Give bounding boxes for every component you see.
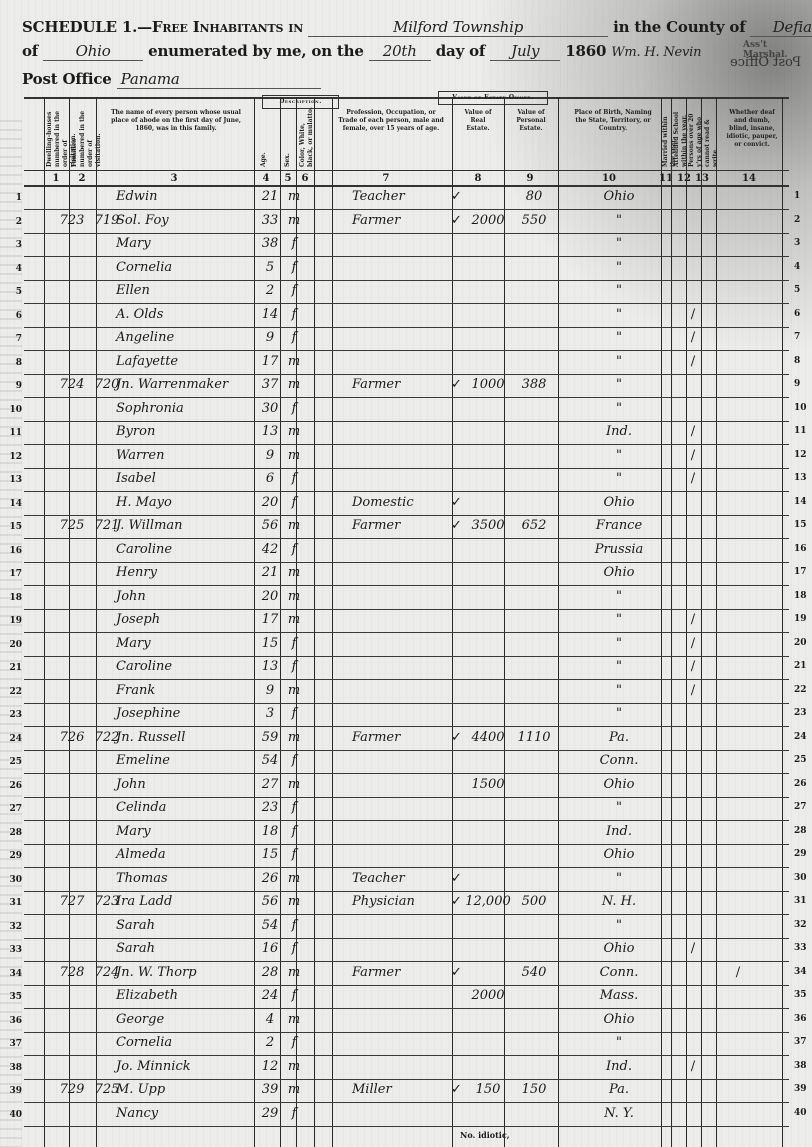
table-row: 5Ellen2f"5: [24, 281, 789, 304]
right-line-number: 9: [794, 379, 800, 389]
birthplace: Ohio: [584, 1012, 654, 1027]
right-line-number: 14: [794, 497, 807, 507]
column-header-1: Dwelling-houses numbered in the order of…: [46, 105, 68, 167]
table-row: 12Warren9m"/12: [24, 446, 789, 469]
age: 12: [258, 1059, 282, 1074]
real-estate-value: 150: [464, 1082, 512, 1097]
line-number: 20: [6, 640, 22, 650]
person-name: Jn. Warrenmaker: [116, 377, 228, 392]
person-name: J. Willman: [116, 518, 183, 533]
sex: f: [286, 260, 302, 275]
table-row: 29Almeda15fOhio29: [24, 845, 789, 868]
column-number-1: 1: [46, 173, 66, 184]
birthplace: Conn.: [584, 965, 654, 980]
check-mark: ✓: [451, 965, 463, 980]
table-row: 28Mary18fInd.28: [24, 822, 789, 845]
schedule-heading: SCHEDULE 1.—Free Inhabitants in Milford …: [22, 18, 812, 37]
table-row: 34728724Jn. W. Thorp28mFarmer✓540Conn./3…: [24, 963, 789, 986]
right-line-number: 31: [794, 896, 807, 906]
line-number: 37: [6, 1039, 22, 1049]
column-number-12: 12: [674, 173, 694, 184]
sex: f: [286, 1106, 302, 1121]
line-number: 11: [6, 428, 22, 438]
check-mark: ✓: [451, 189, 463, 204]
birthplace: Ohio: [584, 565, 654, 580]
right-line-number: 39: [794, 1084, 807, 1094]
birthplace: ": [584, 659, 654, 674]
age: 56: [258, 518, 282, 533]
sex: f: [286, 918, 302, 933]
table-row: 16Caroline42fPrussia16: [24, 540, 789, 563]
age: 17: [258, 612, 282, 627]
state-field: Ohio: [43, 42, 143, 61]
dwelling-number: 727: [52, 894, 92, 909]
attended-school-mark: /: [687, 683, 699, 698]
line-number: 1: [6, 193, 22, 203]
sex: f: [286, 401, 302, 416]
right-line-number: 6: [794, 309, 800, 319]
birthplace: ": [584, 918, 654, 933]
real-estate-value: 1500: [464, 777, 512, 792]
attended-school-mark: /: [687, 330, 699, 345]
birthplace: ": [584, 683, 654, 698]
sex: m: [286, 871, 302, 886]
birthplace: ": [584, 307, 654, 322]
real-estate-value: 1000: [464, 377, 512, 392]
right-line-number: 10: [794, 403, 807, 413]
table-row: 7Angeline9f"/7: [24, 328, 789, 351]
check-mark: ✓: [451, 730, 463, 745]
age: 14: [258, 307, 282, 322]
column-header-10: Place of Birth, Naming the State, Territ…: [568, 109, 658, 133]
person-name: Caroline: [116, 542, 172, 557]
age: 33: [258, 213, 282, 228]
column-header-9: Value of Personal Estate.: [508, 109, 554, 133]
sex: m: [286, 777, 302, 792]
table-row: 17Henry21mOhio17: [24, 563, 789, 586]
person-name: Edwin: [116, 189, 157, 204]
personal-estate-value: 80: [512, 189, 556, 204]
age: 59: [258, 730, 282, 745]
person-name: Nancy: [116, 1106, 158, 1121]
census-page: SCHEDULE 1.—Free Inhabitants in Milford …: [0, 0, 812, 1147]
column-number-3: 3: [164, 173, 184, 184]
line-number: 9: [6, 381, 22, 391]
line-number: 27: [6, 804, 22, 814]
birthplace: ": [584, 1035, 654, 1050]
personal-estate-value: 500: [512, 894, 556, 909]
column-number-10: 10: [599, 173, 619, 184]
sex: f: [286, 1035, 302, 1050]
birthplace: Prussia: [584, 542, 654, 557]
line-number: 18: [6, 593, 22, 603]
check-mark: ✓: [451, 377, 463, 392]
sex: m: [286, 589, 302, 604]
person-name: Joseph: [116, 612, 160, 627]
birthplace: ": [584, 330, 654, 345]
age: 21: [258, 565, 282, 580]
dwelling-number: 729: [52, 1082, 92, 1097]
person-name: A. Olds: [116, 307, 163, 322]
right-line-number: 37: [794, 1037, 807, 1047]
line-number: 17: [6, 569, 22, 579]
person-name: Jo. Minnick: [116, 1059, 191, 1074]
column-header-4: Age.: [260, 105, 276, 167]
right-line-number: 23: [794, 708, 807, 718]
check-mark: ✓: [451, 213, 463, 228]
line-number: 31: [6, 898, 22, 908]
person-name: Isabel: [116, 471, 156, 486]
real-estate-value: 12,000: [464, 894, 512, 909]
right-line-number: 13: [794, 473, 807, 483]
attended-school-mark: /: [687, 659, 699, 674]
personal-estate-value: 652: [512, 518, 556, 533]
footer-label: No. idiotic,: [460, 1130, 509, 1140]
line-number: 19: [6, 616, 22, 626]
age: 42: [258, 542, 282, 557]
column-header-8: Value of Real Estate.: [458, 109, 498, 133]
table-row: 14H. Mayo20fDomestic✓Ohio14: [24, 493, 789, 516]
person-name: Sol. Foy: [116, 213, 169, 228]
line-number: 14: [6, 499, 22, 509]
person-name: Sarah: [116, 918, 155, 933]
line-number: 2: [6, 217, 22, 227]
age: 4: [258, 1012, 282, 1027]
column-number-11: 11: [656, 173, 676, 184]
line-number: 12: [6, 452, 22, 462]
attended-school-mark: /: [687, 612, 699, 627]
sex: m: [286, 377, 302, 392]
table-row: 3Mary38f"3: [24, 234, 789, 257]
right-line-number: 11: [794, 426, 807, 436]
post-office-line: Post Office Panama: [22, 70, 321, 89]
person-name: Jn. Russell: [116, 730, 185, 745]
right-line-number: 27: [794, 802, 807, 812]
person-name: Cornelia: [116, 260, 172, 275]
person-name: Elizabeth: [116, 988, 178, 1003]
attended-school-mark: /: [687, 354, 699, 369]
check-mark: ✓: [451, 495, 463, 510]
right-line-number: 15: [794, 520, 807, 530]
person-name: Jn. W. Thorp: [116, 965, 197, 980]
census-table: Description. Value of Estate Owned. Dwel…: [24, 97, 789, 1147]
age: 39: [258, 1082, 282, 1097]
person-name: George: [116, 1012, 164, 1027]
line-number: 23: [6, 710, 22, 720]
line-number: 33: [6, 945, 22, 955]
birthplace: ": [584, 283, 654, 298]
sex: m: [286, 354, 302, 369]
occupation: Physician: [352, 894, 415, 909]
table-row: 22Frank9m"/22: [24, 681, 789, 704]
birthplace: N. H.: [584, 894, 654, 909]
birthplace: Ind.: [584, 824, 654, 839]
birthplace: France: [584, 518, 654, 533]
column-header-14: Whether deaf and dumb, blind, insane, id…: [724, 109, 780, 149]
right-line-number: 19: [794, 614, 807, 624]
birthplace: ": [584, 401, 654, 416]
birthplace: Ind.: [584, 424, 654, 439]
age: 20: [258, 495, 282, 510]
right-line-number: 4: [794, 262, 800, 272]
check-mark: ✓: [451, 1082, 463, 1097]
sex: f: [286, 988, 302, 1003]
personal-estate-value: 150: [512, 1082, 556, 1097]
birthplace: ": [584, 236, 654, 251]
sex: m: [286, 1012, 302, 1027]
age: 38: [258, 236, 282, 251]
person-name: Warren: [116, 448, 164, 463]
enumerated-label: enumerated by me, on the: [148, 42, 364, 60]
age: 28: [258, 965, 282, 980]
birthplace: ": [584, 612, 654, 627]
birthplace: ": [584, 589, 654, 604]
sex: f: [286, 800, 302, 815]
age: 56: [258, 894, 282, 909]
person-name: H. Mayo: [116, 495, 172, 510]
dwelling-number: 728: [52, 965, 92, 980]
table-row: 31727723Ira Ladd56mPhysician✓12,000500N.…: [24, 892, 789, 915]
right-line-number: 16: [794, 544, 807, 554]
person-name: Emeline: [116, 753, 170, 768]
birthplace: Ohio: [584, 189, 654, 204]
marshal-signature: Wm. H. Nevin: [611, 45, 701, 60]
sex: m: [286, 448, 302, 463]
occupation: Teacher: [352, 189, 405, 204]
post-office-label: Post Office: [22, 70, 112, 88]
sex: m: [286, 612, 302, 627]
column-header-2: Families numbered in the order of visita…: [71, 105, 93, 167]
table-row: 9724720Jn. Warrenmaker37mFarmer✓1000388"…: [24, 375, 789, 398]
right-line-number: 18: [794, 591, 807, 601]
sex: f: [286, 706, 302, 721]
birthplace: ": [584, 377, 654, 392]
sex: f: [286, 824, 302, 839]
column-13-mark: /: [732, 965, 744, 980]
birthplace: Conn.: [584, 753, 654, 768]
person-name: Henry: [116, 565, 157, 580]
age: 29: [258, 1106, 282, 1121]
table-row: 20Mary15f"/20: [24, 634, 789, 657]
column-header-5: Sex.: [284, 105, 294, 167]
column-header-13: Persons over 20 y'rs of age who cannot r…: [688, 105, 700, 167]
real-estate-value: 3500: [464, 518, 512, 533]
line-number: 32: [6, 922, 22, 932]
line-number: 28: [6, 828, 22, 838]
table-row: 35Elizabeth24f2000Mass.35: [24, 986, 789, 1009]
attended-school-mark: /: [687, 1059, 699, 1074]
check-mark: ✓: [451, 518, 463, 533]
state-prefix: of: [22, 42, 38, 60]
table-row: 36George4mOhio36: [24, 1010, 789, 1033]
right-line-number: 3: [794, 238, 800, 248]
column-header-7: Profession, Occupation, or Trade of each…: [336, 109, 446, 133]
age: 37: [258, 377, 282, 392]
birthplace: ": [584, 471, 654, 486]
age: 9: [258, 448, 282, 463]
age: 27: [258, 777, 282, 792]
birthplace: ": [584, 636, 654, 651]
age: 16: [258, 941, 282, 956]
birthplace: Ohio: [584, 941, 654, 956]
table-row: 19Joseph17m"/19: [24, 610, 789, 633]
schedule-label: SCHEDULE 1.—Free Inhabitants in: [22, 18, 303, 36]
occupation: Farmer: [352, 377, 400, 392]
age: 2: [258, 283, 282, 298]
column-number-8: 8: [468, 173, 488, 184]
attended-school-mark: /: [687, 471, 699, 486]
line-number: 40: [6, 1110, 22, 1120]
birthplace: Ohio: [584, 495, 654, 510]
table-row: 23Josephine3f"23: [24, 704, 789, 727]
line-number: 4: [6, 264, 22, 274]
right-line-number: 22: [794, 685, 807, 695]
personal-estate-value: 540: [512, 965, 556, 980]
table-row: 32Sarah54f"32: [24, 916, 789, 939]
table-row: 8Lafayette17m"/8: [24, 352, 789, 375]
header-rule: [24, 170, 789, 171]
right-line-number: 24: [794, 732, 807, 742]
right-line-number: 26: [794, 779, 807, 789]
line-number: 10: [6, 405, 22, 415]
line-number: 36: [6, 1016, 22, 1026]
attended-school-mark: /: [687, 448, 699, 463]
age: 2: [258, 1035, 282, 1050]
real-estate-value: 2000: [464, 213, 512, 228]
personal-estate-value: 388: [512, 377, 556, 392]
birthplace: Ohio: [584, 847, 654, 862]
enumeration-line: of Ohio enumerated by me, on the 20th da…: [22, 42, 701, 61]
right-line-number: 20: [794, 638, 807, 648]
person-name: Byron: [116, 424, 155, 439]
sex: f: [286, 753, 302, 768]
line-number: 22: [6, 687, 22, 697]
person-name: Cornelia: [116, 1035, 172, 1050]
sex: f: [286, 471, 302, 486]
table-row: 33Sarah16fOhio/33: [24, 939, 789, 962]
bleedthrough-text: Post Office: [730, 55, 801, 70]
sex: m: [286, 965, 302, 980]
sex: m: [286, 213, 302, 228]
age: 13: [258, 424, 282, 439]
table-row: 15725721J. Willman56mFarmer✓3500652Franc…: [24, 516, 789, 539]
check-mark: ✓: [451, 871, 463, 886]
birthplace: Ohio: [584, 777, 654, 792]
sex: m: [286, 730, 302, 745]
person-name: Lafayette: [116, 354, 178, 369]
sex: m: [286, 518, 302, 533]
birthplace: ": [584, 800, 654, 815]
right-line-number: 28: [794, 826, 807, 836]
right-line-number: 36: [794, 1014, 807, 1024]
line-number: 7: [6, 334, 22, 344]
occupation: Farmer: [352, 213, 400, 228]
age: 15: [258, 847, 282, 862]
real-estate-value: 2000: [464, 988, 512, 1003]
day-of-label: day of: [436, 42, 485, 60]
right-line-number: 12: [794, 450, 807, 460]
right-line-number: 8: [794, 356, 800, 366]
column-number-14: 14: [739, 173, 759, 184]
table-row: 40Nancy29fN. Y.40: [24, 1104, 789, 1127]
line-number: 25: [6, 757, 22, 767]
value-estate-group-header: Value of Estate Owned.: [438, 91, 548, 105]
person-name: M. Upp: [116, 1082, 165, 1097]
right-line-number: 34: [794, 967, 807, 977]
column-number-7: 7: [376, 173, 396, 184]
dwelling-number: 725: [52, 518, 92, 533]
table-row: 39729725M. Upp39mMiller✓150150Pa.39: [24, 1080, 789, 1103]
occupation: Farmer: [352, 965, 400, 980]
person-name: Angeline: [116, 330, 174, 345]
sex: m: [286, 1059, 302, 1074]
person-name: Ellen: [116, 283, 150, 298]
year-label: 1860: [565, 42, 606, 60]
age: 3: [258, 706, 282, 721]
sex: f: [286, 636, 302, 651]
birthplace: ": [584, 213, 654, 228]
right-line-number: 30: [794, 873, 807, 883]
sex: m: [286, 189, 302, 204]
table-row: 21Caroline13f"/21: [24, 657, 789, 680]
person-name: Sophronia: [116, 401, 184, 416]
line-number: 24: [6, 734, 22, 744]
dwelling-number: 724: [52, 377, 92, 392]
person-name: Almeda: [116, 847, 166, 862]
table-top-rule: [24, 97, 789, 99]
right-line-number: 25: [794, 755, 807, 765]
person-name: John: [116, 589, 146, 604]
check-mark: ✓: [451, 894, 463, 909]
table-row: 27Celinda23f"27: [24, 798, 789, 821]
person-name: Sarah: [116, 941, 155, 956]
age: 21: [258, 189, 282, 204]
age: 54: [258, 918, 282, 933]
line-number: 3: [6, 240, 22, 250]
age: 17: [258, 354, 282, 369]
personal-estate-value: 1110: [512, 730, 556, 745]
sex: m: [286, 565, 302, 580]
sex: m: [286, 424, 302, 439]
sex: f: [286, 941, 302, 956]
person-name: Mary: [116, 236, 151, 251]
column-number-6: 6: [295, 173, 315, 184]
line-number: 6: [6, 311, 22, 321]
real-estate-value: 4400: [464, 730, 512, 745]
day-field: 20th: [369, 42, 431, 61]
person-name: Celinda: [116, 800, 166, 815]
person-name: Mary: [116, 824, 151, 839]
line-number: 34: [6, 969, 22, 979]
age: 13: [258, 659, 282, 674]
month-field: July: [490, 42, 560, 61]
age: 15: [258, 636, 282, 651]
age: 5: [258, 260, 282, 275]
birthplace: ": [584, 871, 654, 886]
person-name: Frank: [116, 683, 155, 698]
table-row: 6A. Olds14f"/6: [24, 305, 789, 328]
right-line-number: 40: [794, 1108, 807, 1118]
person-name: Mary: [116, 636, 151, 651]
line-number: 13: [6, 475, 22, 485]
birthplace: N. Y.: [584, 1106, 654, 1121]
right-line-number: 38: [794, 1061, 807, 1071]
table-row: 24726722Jn. Russell59mFarmer✓44001110Pa.…: [24, 728, 789, 751]
line-number: 29: [6, 851, 22, 861]
column-number-13: 13: [692, 173, 712, 184]
sex: m: [286, 683, 302, 698]
sex: f: [286, 847, 302, 862]
